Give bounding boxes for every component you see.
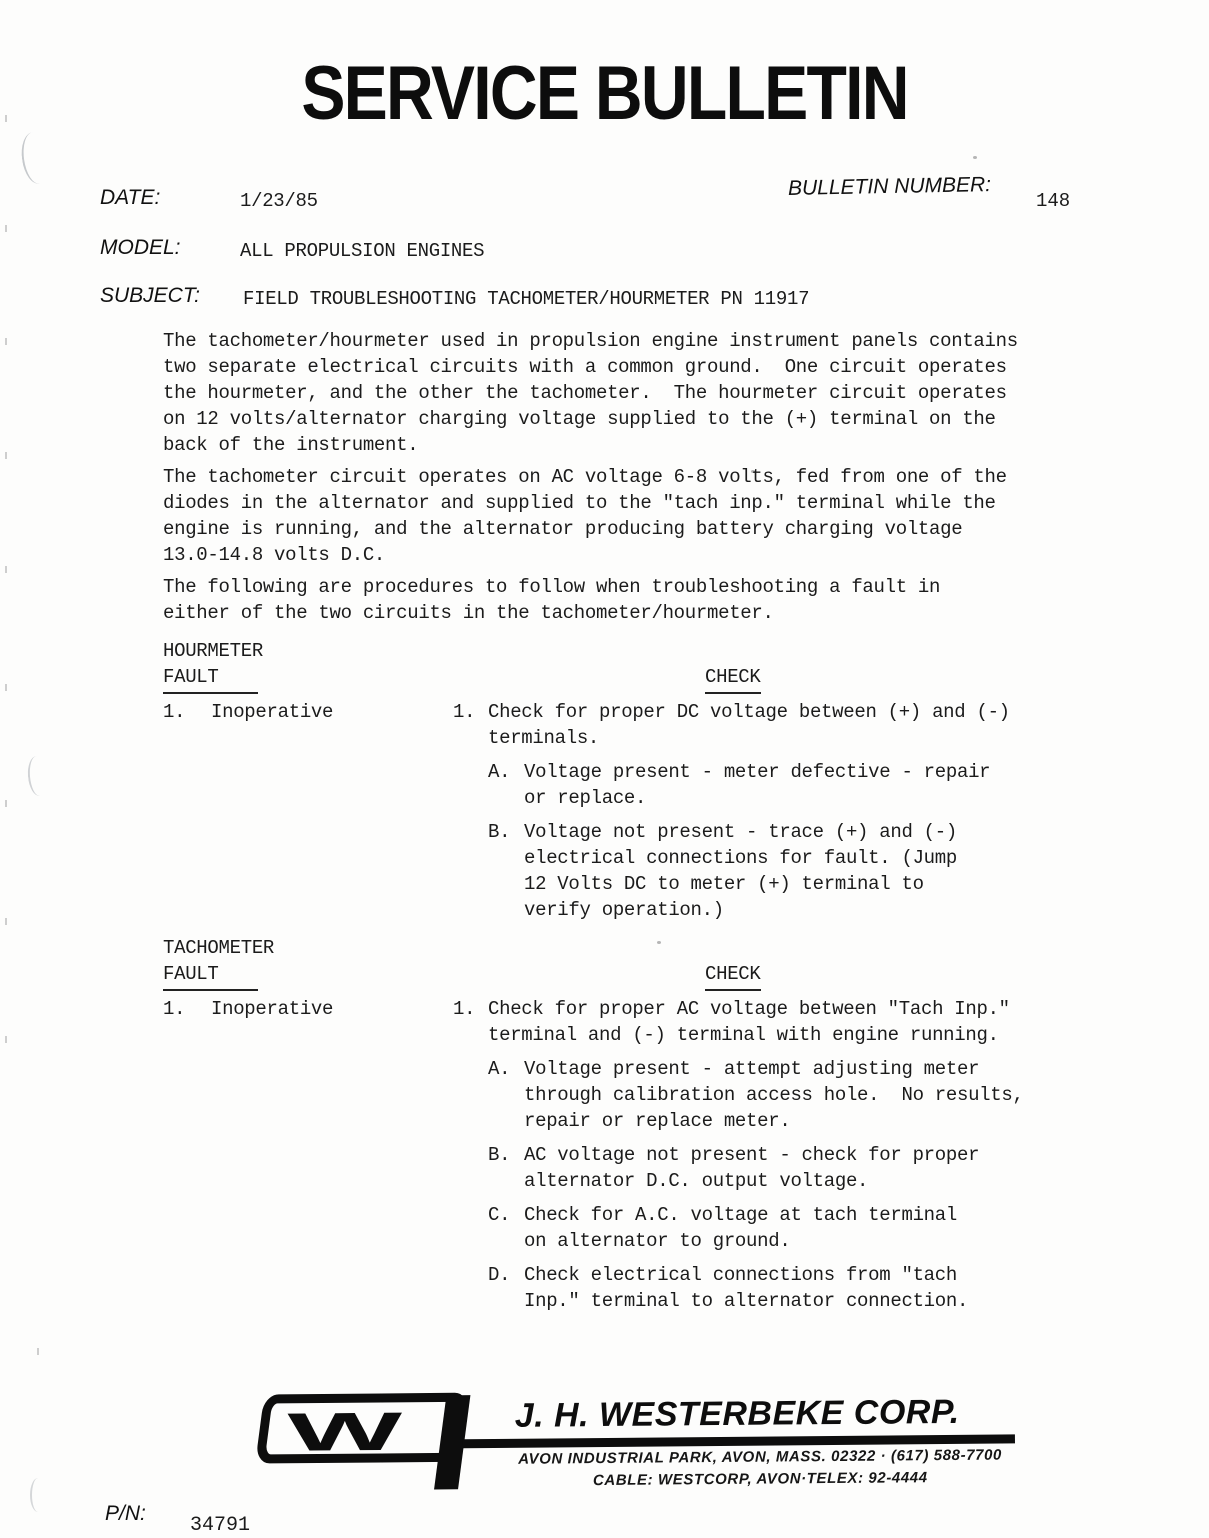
- subitem-letter: C.: [488, 1202, 524, 1254]
- model-label: MODEL:: [100, 236, 181, 260]
- subitem-letter: D.: [488, 1262, 524, 1314]
- check-subitem-b: B. AC voltage not present - check for pr…: [488, 1142, 1098, 1194]
- scan-artifact: [5, 566, 7, 573]
- scan-artifact: [5, 338, 7, 345]
- check-subitem-d: D. Check electrical connections from "ta…: [488, 1262, 1098, 1314]
- check-item-text: Check for proper AC voltage between "Tac…: [488, 996, 1098, 1048]
- scan-artifact: [5, 684, 7, 691]
- scan-artifact: [37, 1348, 39, 1355]
- fault-item: 1. Inoperative: [163, 996, 453, 1314]
- scan-artifact: [19, 130, 54, 185]
- scan-artifact: [973, 156, 977, 159]
- subitem-letter: B.: [488, 819, 524, 923]
- table-row: 1. Inoperative 1. Check for proper DC vo…: [163, 699, 1098, 923]
- scan-artifact: [5, 225, 7, 232]
- check-item-text: Check for proper DC voltage between (+) …: [488, 699, 1098, 751]
- service-bulletin-page: SERVICE BULLETIN DATE: 1/23/85 BULLETIN …: [0, 0, 1209, 1538]
- page-title: SERVICE BULLETIN: [301, 50, 907, 137]
- section-tachometer: TACHOMETER FAULT CHECK 1. Inoperative 1.…: [163, 935, 1098, 1314]
- check-subitem-c: C. Check for A.C. voltage at tach termin…: [488, 1202, 1098, 1254]
- subitem-letter: A.: [488, 1056, 524, 1134]
- bulletin-number-value: 148: [1036, 190, 1070, 212]
- logo-w-icon: W: [287, 1401, 403, 1462]
- section-title: HOURMETER: [163, 638, 1098, 664]
- pn-value: 34791: [190, 1514, 250, 1537]
- scan-artifact: [5, 1036, 7, 1043]
- fault-item-label: Inoperative: [211, 996, 333, 1314]
- subitem-text: Voltage not present - trace (+) and (-) …: [524, 819, 1098, 923]
- subitem-letter: A.: [488, 759, 524, 811]
- table-row: 1. Inoperative 1. Check for proper AC vo…: [163, 996, 1098, 1314]
- fault-item-number: 1.: [163, 996, 211, 1314]
- fault-item-number: 1.: [163, 699, 211, 923]
- subject-value: FIELD TROUBLESHOOTING TACHOMETER/HOURMET…: [243, 288, 809, 310]
- scan-artifact: [5, 800, 7, 807]
- check-subitem-a: A. Voltage present - meter defective - r…: [488, 759, 1098, 811]
- subitem-text: AC voltage not present - check for prope…: [524, 1142, 1098, 1194]
- check-item-number: 1.: [453, 699, 488, 751]
- fault-item-label: Inoperative: [211, 699, 333, 923]
- bulletin-body: The tachometer/hourmeter used in propuls…: [163, 328, 1098, 1314]
- company-name: J. H. WESTERBEKE CORP.: [515, 1393, 960, 1436]
- fault-column-header: FAULT: [163, 961, 258, 991]
- bulletin-number-label: BULLETIN NUMBER:: [788, 173, 991, 201]
- check-subitem-b: B. Voltage not present - trace (+) and (…: [488, 819, 1098, 923]
- intro-paragraph-3: The following are procedures to follow w…: [163, 574, 1098, 626]
- fault-item: 1. Inoperative: [163, 699, 453, 923]
- scan-artifact: [26, 755, 49, 797]
- check-subitem-a: A. Voltage present - attempt adjusting m…: [488, 1056, 1098, 1134]
- fault-column-header: FAULT: [163, 664, 258, 694]
- check-item-number: 1.: [453, 996, 488, 1048]
- subitem-text: Voltage present - meter defective - repa…: [524, 759, 1098, 811]
- section-hourmeter: HOURMETER FAULT CHECK 1. Inoperative 1. …: [163, 638, 1098, 923]
- intro-paragraph-1: The tachometer/hourmeter used in propuls…: [163, 328, 1098, 458]
- check-item: 1. Check for proper AC voltage between "…: [453, 996, 1098, 1048]
- check-column-header: CHECK: [705, 664, 761, 694]
- check-column-header: CHECK: [705, 961, 761, 991]
- section-title: TACHOMETER: [163, 935, 1098, 961]
- subitem-text: Voltage present - attempt adjusting mete…: [524, 1056, 1098, 1134]
- scan-artifact: [5, 452, 7, 459]
- westerbeke-brand-footer: W J. H. WESTERBEKE CORP. AVON INDUSTRIAL…: [0, 1381, 1209, 1512]
- model-value: ALL PROPULSION ENGINES: [240, 240, 484, 262]
- check-item: 1. Check for proper DC voltage between (…: [453, 699, 1098, 751]
- scan-artifact: [5, 918, 7, 925]
- subject-label: SUBJECT:: [100, 284, 200, 308]
- date-label: DATE:: [100, 186, 160, 210]
- subitem-text: Check electrical connections from "tach …: [524, 1262, 1098, 1314]
- date-value: 1/23/85: [240, 190, 318, 212]
- intro-paragraph-2: The tachometer circuit operates on AC vo…: [163, 464, 1098, 568]
- pn-label: P/N:: [105, 1502, 146, 1526]
- subitem-text: Check for A.C. voltage at tach terminal …: [524, 1202, 1098, 1254]
- subitem-letter: B.: [488, 1142, 524, 1194]
